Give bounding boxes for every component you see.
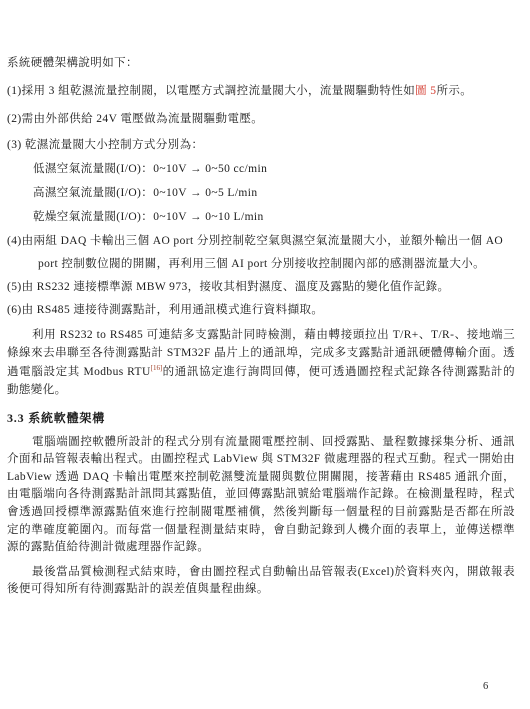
rs485-paragraph: 利用 RS232 to RS485 可連結多支露點計同時檢測，藉由轉接頭拉出 T…	[7, 326, 515, 400]
hardware-item-3: (3) 乾濕流量閥大小控制方式分別為：	[7, 133, 515, 157]
hardware-item-1-text: (1)採用 3 組乾濕流量控制閥，以電壓方式調控流量閥大小，流量閥驅動特性如	[7, 85, 415, 97]
software-paragraph-1: 電腦端圖控軟體所設計的程式分別有流量閥電壓控制、回授露點、量程數據採集分析、通訊…	[7, 434, 515, 557]
hardware-item-2: (2)需由外部供給 24V 電壓做為流量閥驅動電壓。	[7, 105, 515, 133]
hardware-item-6: (6)由 RS485 連接待測露點計，利用通訊模式進行資料擷取。	[7, 299, 515, 322]
valve-spec-low-humidity: 低濕空氣流量閥(I/O)：0~10V → 0~50 cc/min	[7, 157, 515, 181]
hardware-item-5: (5)由 RS232 連接標準源 MBW 973，接收其相對濕度、溫度及露點的變…	[7, 276, 515, 299]
section-3-3-heading: 3.3 系統軟體架構	[7, 410, 515, 427]
hardware-item-4-line1: (4)由兩組 DAQ 卡輸出三個 AO port 分別控制乾空氣與濕空氣流量閥大…	[7, 229, 515, 253]
valve-spec-dry-air: 乾燥空氣流量閥(I/O)：0~10V → 0~10 L/min	[7, 205, 515, 229]
valve-spec-high-humidity: 高濕空氣流量閥(I/O)：0~10V → 0~5 L/min	[7, 181, 515, 205]
text-column: 系統硬體架構說明如下： (1)採用 3 組乾濕流量控制閥，以電壓方式調控流量閥大…	[7, 0, 515, 599]
hardware-intro-line: 系統硬體架構說明如下：	[7, 49, 515, 77]
hardware-item-1-tail: 所示。	[436, 85, 472, 97]
hardware-item-1: (1)採用 3 組乾濕流量控制閥，以電壓方式調控流量閥大小，流量閥驅動特性如圖 …	[7, 77, 515, 105]
hardware-item-4-line2: port 控制數位閥的開關，再利用三個 AI port 分別接收控制閥內部的感測…	[7, 253, 515, 276]
software-paragraph-2: 最後當品質檢測程式結束時，會由圖控程式自動輸出品管報表(Excel)於資料夾內，…	[7, 564, 515, 599]
figure-5-reference-link[interactable]: 圖 5	[415, 85, 436, 97]
document-page: 系統硬體架構說明如下： (1)採用 3 組乾濕流量控制閥，以電壓方式調控流量閥大…	[0, 0, 530, 709]
citation-16-link[interactable]: [16]	[151, 364, 163, 372]
page-number: 6	[483, 681, 488, 692]
